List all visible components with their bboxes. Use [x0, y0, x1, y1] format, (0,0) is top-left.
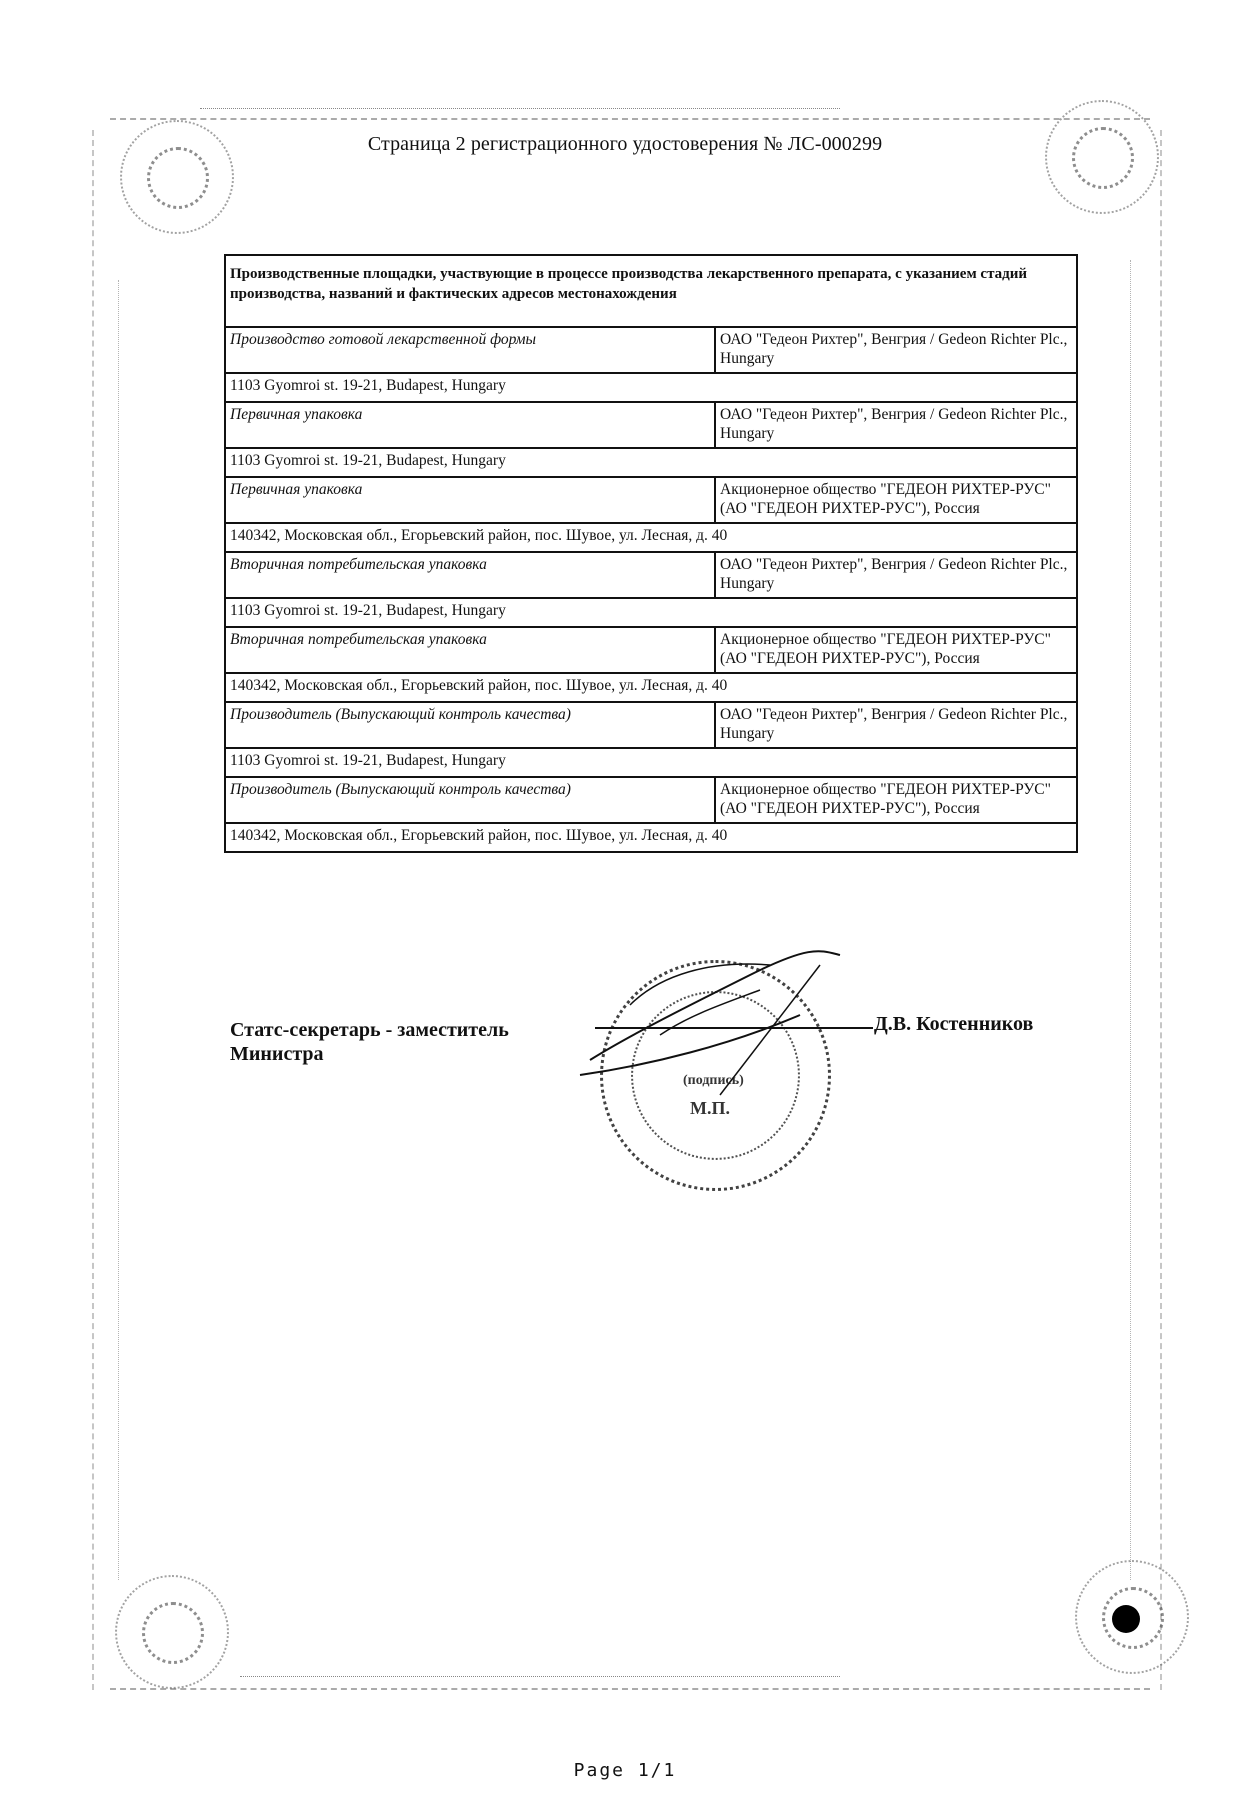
table-row: Производитель (Выпускающий контроль каче…	[225, 702, 1077, 748]
organization-cell: ОАО "Гедеон Рихтер", Венгрия / Gedeon Ri…	[715, 402, 1077, 448]
organization-cell: Акционерное общество "ГЕДЕОН РИХТЕР-РУС"…	[715, 627, 1077, 673]
stage-cell: Первичная упаковка	[225, 402, 715, 448]
page-footer: Page 1/1	[0, 1760, 1250, 1781]
signer-title-line2: Министра	[230, 1042, 509, 1066]
table-row: Первичная упаковка Акционерное общество …	[225, 477, 1077, 523]
address-cell: 1103 Gyomroi st. 19-21, Budapest, Hungar…	[225, 448, 1077, 477]
frame-border-left	[92, 130, 94, 1690]
page-title: Страница 2 регистрационного удостоверени…	[0, 133, 1250, 156]
signature-line	[595, 1027, 873, 1029]
stage-cell: Вторичная потребительская упаковка	[225, 627, 715, 673]
organization-cell: Акционерное общество "ГЕДЕОН РИХТЕР-РУС"…	[715, 777, 1077, 823]
table-row: 1103 Gyomroi st. 19-21, Budapest, Hungar…	[225, 748, 1077, 777]
organization-cell: Акционерное общество "ГЕДЕОН РИХТЕР-РУС"…	[715, 477, 1077, 523]
handwritten-signature-icon	[570, 945, 870, 1115]
address-cell: 140342, Московская обл., Егорьевский рай…	[225, 673, 1077, 702]
table-row: 140342, Московская обл., Егорьевский рай…	[225, 673, 1077, 702]
frame-border-bottom-inner	[240, 1676, 840, 1677]
stage-cell: Производитель (Выпускающий контроль каче…	[225, 702, 715, 748]
table-header: Производственные площадки, участвующие в…	[225, 255, 1077, 327]
table-row: 1103 Gyomroi st. 19-21, Budapest, Hungar…	[225, 448, 1077, 477]
table-row: Вторичная потребительская упаковка ОАО "…	[225, 552, 1077, 598]
table-row: Первичная упаковка ОАО "Гедеон Рихтер", …	[225, 402, 1077, 448]
frame-border-right	[1160, 130, 1162, 1690]
stage-cell: Производство готовой лекарственной формы	[225, 327, 715, 373]
table-row: 1103 Gyomroi st. 19-21, Budapest, Hungar…	[225, 373, 1077, 402]
table-row: Производитель (Выпускающий контроль каче…	[225, 777, 1077, 823]
table-row: 140342, Московская обл., Егорьевский рай…	[225, 823, 1077, 852]
frame-border-top	[110, 118, 1150, 120]
table-header-row: Производственные площадки, участвующие в…	[225, 255, 1077, 327]
frame-border-right-inner	[1130, 260, 1131, 1580]
address-cell: 1103 Gyomroi st. 19-21, Budapest, Hungar…	[225, 598, 1077, 627]
signer-title-line1: Статс-секретарь - заместитель	[230, 1018, 509, 1042]
address-cell: 1103 Gyomroi st. 19-21, Budapest, Hungar…	[225, 748, 1077, 777]
signer-title: Статс-секретарь - заместитель Министра	[230, 1018, 509, 1066]
frame-border-top-inner	[200, 108, 840, 109]
hologram-dot-icon	[1112, 1605, 1140, 1633]
table-row: Производство готовой лекарственной формы…	[225, 327, 1077, 373]
organization-cell: ОАО "Гедеон Рихтер", Венгрия / Gedeon Ri…	[715, 327, 1077, 373]
address-cell: 1103 Gyomroi st. 19-21, Budapest, Hungar…	[225, 373, 1077, 402]
stage-cell: Вторичная потребительская упаковка	[225, 552, 715, 598]
table-row: Вторичная потребительская упаковка Акцио…	[225, 627, 1077, 673]
frame-border-left-inner	[118, 280, 119, 1580]
table-row: 140342, Московская обл., Егорьевский рай…	[225, 523, 1077, 552]
production-sites-table: Производственные площадки, участвующие в…	[224, 254, 1078, 853]
stage-cell: Производитель (Выпускающий контроль каче…	[225, 777, 715, 823]
corner-rosette-icon	[1045, 100, 1159, 214]
signer-name: Д.В. Костенников	[874, 1013, 1033, 1036]
table-row: 1103 Gyomroi st. 19-21, Budapest, Hungar…	[225, 598, 1077, 627]
frame-border-bottom	[110, 1688, 1150, 1690]
address-cell: 140342, Московская обл., Егорьевский рай…	[225, 523, 1077, 552]
organization-cell: ОАО "Гедеон Рихтер", Венгрия / Gedeon Ri…	[715, 702, 1077, 748]
corner-rosette-icon	[115, 1575, 229, 1689]
address-cell: 140342, Московская обл., Егорьевский рай…	[225, 823, 1077, 852]
organization-cell: ОАО "Гедеон Рихтер", Венгрия / Gedeon Ri…	[715, 552, 1077, 598]
stage-cell: Первичная упаковка	[225, 477, 715, 523]
